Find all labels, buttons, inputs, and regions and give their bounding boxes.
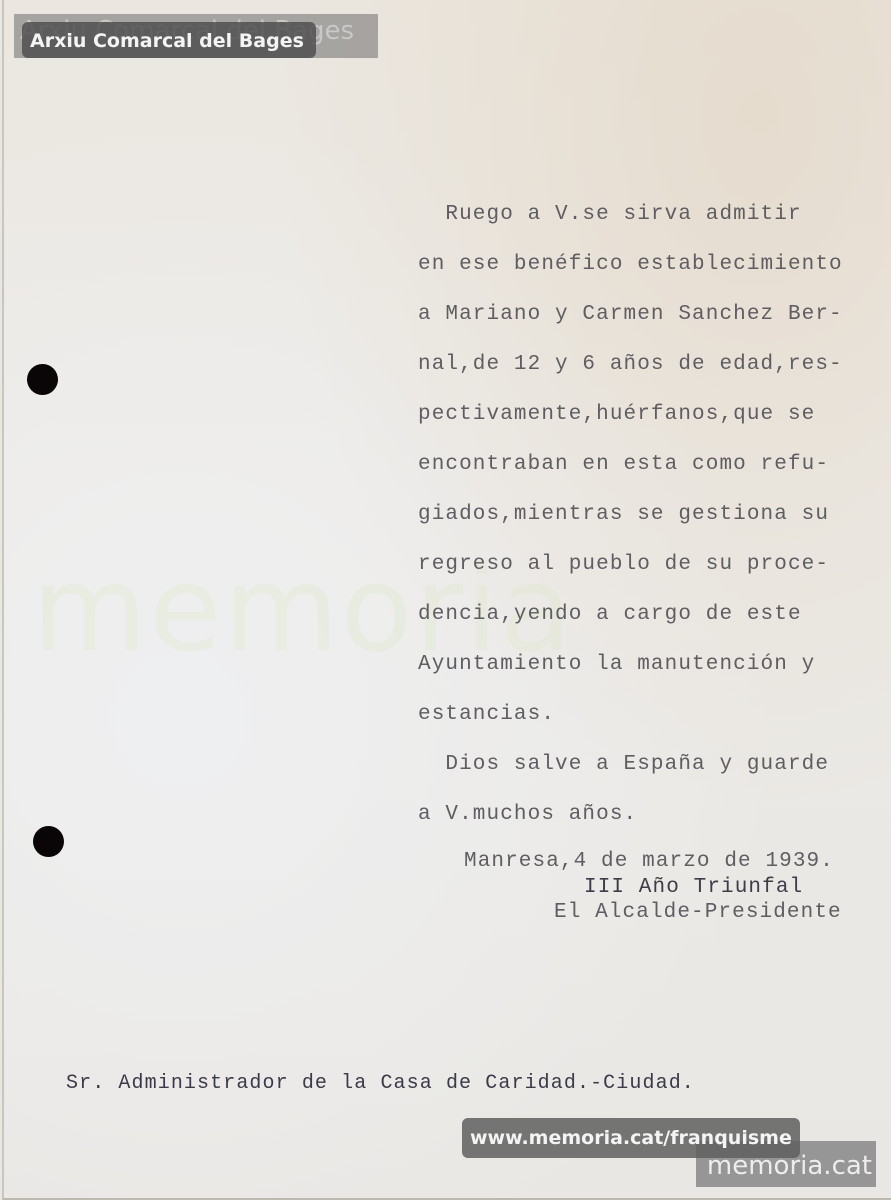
body-line: a Mariano y Carmen Sanchez Ber- xyxy=(418,303,843,326)
body-line: Ayuntamiento la manutención y xyxy=(418,653,815,676)
body-line: estancias. xyxy=(418,703,555,726)
closing-line: Dios salve a España y guarde xyxy=(418,753,829,776)
punch-hole-bottom xyxy=(33,826,64,857)
archive-watermark: Arxiu Comarcal del Bages xyxy=(22,22,316,58)
body-line: regreso al pueblo de su proce- xyxy=(418,553,829,576)
signatory: El Alcalde-Presidente xyxy=(554,901,842,924)
body-line: giados,mientras se gestiona su xyxy=(418,503,829,526)
body-line: dencia,yendo a cargo de este xyxy=(418,603,802,626)
body-line: pectivamente,huérfanos,que se xyxy=(418,403,815,426)
addressee: Sr. Administrador de la Casa de Caridad.… xyxy=(66,1072,695,1095)
body-line: en ese benéfico establecimiento xyxy=(418,253,843,276)
body-line: nal,de 12 y 6 años de edad,res- xyxy=(418,353,843,376)
place-date: Manresa,4 de marzo de 1939. xyxy=(464,850,834,873)
url-watermark: www.memoria.cat/franquisme xyxy=(462,1118,800,1158)
body-line: encontraban en esta como refu- xyxy=(418,453,829,476)
body-line: Ruego a V.se sirva admitir xyxy=(418,203,802,226)
closing-line: a V.muchos años. xyxy=(418,803,637,826)
document-page: memoria Ruego a V.se sirva admitir en es… xyxy=(2,0,891,1200)
punch-hole-top xyxy=(27,364,58,395)
year-label: III Año Triunfal xyxy=(584,876,803,899)
